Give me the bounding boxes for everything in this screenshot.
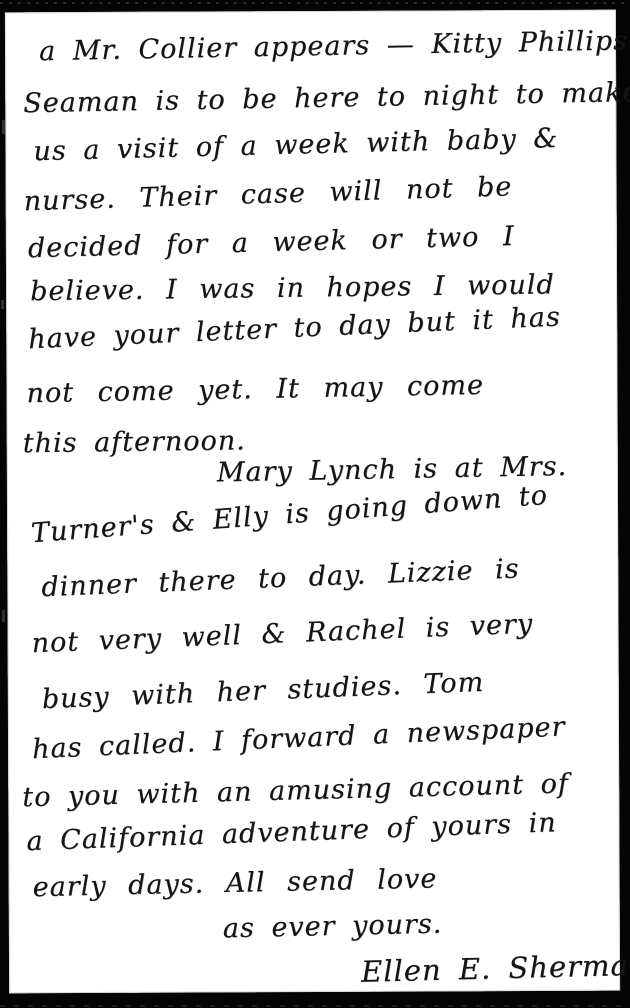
letter-line: nurse. Their case will not be (23, 171, 512, 217)
scan-background: a Mr. Collier appears — Kitty Phillips S… (0, 0, 630, 1008)
letter-line: has called. I forward a newspaper (31, 711, 566, 765)
letter-line: Turner's & Elly is going down to (30, 480, 549, 549)
letter-line: this afternoon. (23, 425, 246, 459)
letter-signature: Ellen E. Sherman (361, 948, 630, 989)
letter-line: early days. All send love (32, 863, 437, 903)
scan-speck (1, 300, 4, 309)
letter-line: believe. I was in hopes I would (30, 269, 555, 307)
scan-speck (2, 610, 5, 622)
letter-line: not very well & Rachel is very (31, 609, 534, 660)
letter-line: us a visit of a week with baby & (33, 123, 559, 167)
letter-line: to you with an amusing account of (22, 768, 569, 813)
letter-page: a Mr. Collier appears — Kitty Phillips S… (5, 10, 620, 994)
letter-line: dinner there to day. Lizzie is (41, 553, 520, 603)
letter-line: Seaman is to be here to night to make (23, 77, 630, 119)
letter-closing: as ever yours. (223, 909, 443, 945)
letter-line: have your letter to day but it has (28, 301, 562, 355)
letter-line: busy with her studies. Tom (41, 667, 484, 715)
letter-line: decided for a week or two I (28, 221, 515, 264)
letter-line: a California adventure of yours in (26, 807, 557, 857)
letter-line: a Mr. Collier appears — Kitty Phillips (39, 25, 628, 67)
letter-line: not come yet. It may come (26, 370, 484, 409)
